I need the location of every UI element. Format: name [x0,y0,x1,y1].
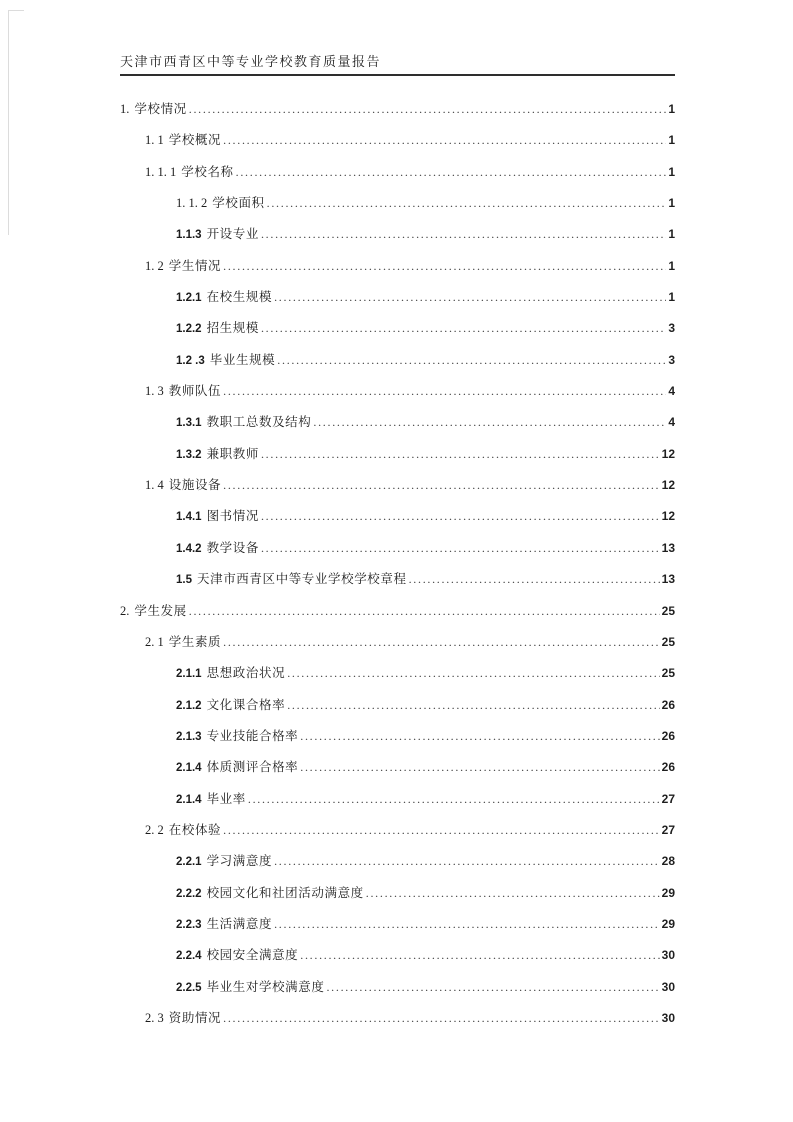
toc-entry-label: 在校生规模 [207,282,273,313]
toc-leader-dots [261,439,660,470]
toc-entry-label: 体质测评合格率 [207,752,299,783]
toc-entry[interactable]: 1.2.1 在校生规模 1 [120,282,675,313]
toc-leader-dots [326,972,659,1003]
toc-leader-dots [366,878,660,909]
toc-entry-number: 2.2.3 [176,910,202,941]
toc-entry[interactable]: 2.2.3 生活满意度 29 [120,909,675,940]
toc-leader-dots [261,219,666,250]
toc-entry[interactable]: 1.3.1 教职工总数及结构 4 [120,407,675,438]
toc-entry[interactable]: 2. 2 在校体验 27 [120,815,675,846]
toc-leader-dots [223,470,659,501]
toc-entry-number: 2.2.5 [176,973,202,1004]
toc-entry-label: 学校名称 [181,157,233,188]
toc-leader-dots [261,501,660,532]
toc-entry-number: 1. 1. 2 [176,188,207,219]
toc-entry[interactable]: 1. 4 设施设备 12 [120,470,675,501]
toc-entry-number: 2. 3 [145,1003,164,1034]
toc-entry[interactable]: 2.2.5 毕业生对学校满意度 30 [120,972,675,1003]
toc-entry[interactable]: 2.1.2 文化课合格率 26 [120,690,675,721]
toc-entry-number: 1. 1. 1 [145,157,176,188]
toc-entry-page: 1 [668,251,675,282]
toc-entry-page: 30 [662,1003,675,1034]
toc-entry-page: 26 [662,752,675,783]
toc-entry-number: 2.1.2 [176,691,202,722]
toc-entry-page: 4 [668,376,675,407]
toc-entry[interactable]: 1.2 .3 毕业生规模 3 [120,345,675,376]
toc-entry-page: 28 [662,846,675,877]
toc-leader-dots [274,282,666,313]
toc-entry-label: 学校情况 [134,94,186,125]
toc-entry[interactable]: 1.2.2 招生规模 3 [120,313,675,344]
toc-leader-dots [277,345,666,376]
toc-entry-page: 1 [668,219,675,250]
toc-entry-number: 2. 1 [145,627,164,658]
toc-entry-number: 2.2.1 [176,847,202,878]
toc-entry[interactable]: 1.1.3 开设专业 1 [120,219,675,250]
toc-entry-page: 12 [662,501,675,532]
toc-entry-label: 思想政治状况 [207,658,286,689]
toc-entry-page: 27 [662,815,675,846]
toc-entry-label: 教师队伍 [169,376,221,407]
toc-entry-number: 2.1.4 [176,753,202,784]
toc-entry-label: 毕业生对学校满意度 [207,972,325,1003]
toc-entry-label: 专业技能合格率 [207,721,299,752]
toc-entry-number: 2.2.4 [176,941,202,972]
toc-entry-number: 1. 2 [145,251,164,282]
toc-leader-dots [261,533,660,564]
toc-entry-page: 29 [662,878,675,909]
toc-entry-page: 30 [662,940,675,971]
toc-entry-page: 13 [662,564,675,595]
toc-entry[interactable]: 2.2.1 学习满意度 28 [120,846,675,877]
toc-entry-label: 学生素质 [169,627,221,658]
toc-entry[interactable]: 2. 1 学生素质 25 [120,627,675,658]
toc-entry[interactable]: 1. 2 学生情况 1 [120,251,675,282]
toc-entry[interactable]: 2.1.3 专业技能合格率 26 [120,721,675,752]
toc-entry[interactable]: 2.1.4 毕业率 27 [120,784,675,815]
toc-leader-dots [274,909,660,940]
toc-entry-number: 2. 2 [145,815,164,846]
toc-entry-label: 学生发展 [134,596,186,627]
toc-entry-page: 13 [662,533,675,564]
toc-entry-number: 1.2 .3 [176,346,205,377]
toc-entry-label: 资助情况 [169,1003,221,1034]
document-header: 天津市西青区中等专业学校教育质量报告 [120,54,675,76]
toc-leader-dots [223,125,666,156]
toc-entry[interactable]: 2.2.4 校园安全满意度 30 [120,940,675,971]
toc-leader-dots [223,627,659,658]
toc-entry-label: 学校概况 [169,125,221,156]
toc-entry-label: 生活满意度 [207,909,273,940]
toc-leader-dots [261,313,666,344]
toc-entry-page: 29 [662,909,675,940]
toc-entry-page: 26 [662,690,675,721]
toc-entry-number: 1. [120,94,129,125]
toc-entry-label: 学习满意度 [207,846,273,877]
toc-entry-number: 2. [120,596,129,627]
toc-entry-label: 教学设备 [207,533,259,564]
toc-leader-dots [248,784,660,815]
toc-leader-dots [300,940,659,971]
toc-entry-page: 1 [668,282,675,313]
toc-entry-number: 1.4.1 [176,502,202,533]
table-of-contents: 1. 学校情况 1 1. 1 学校概况 1 1. 1. 1 学校名称 1 1. … [120,94,675,1034]
toc-entry-number: 1.5 [176,565,192,596]
toc-leader-dots [287,690,659,721]
toc-entry[interactable]: 1.5 天津市西青区中等专业学校学校章程 13 [120,564,675,595]
toc-entry-label: 毕业生规模 [210,345,276,376]
toc-entry[interactable]: 1.4.1 图书情况 12 [120,501,675,532]
toc-entry[interactable]: 1.3.2 兼职教师 12 [120,439,675,470]
toc-entry[interactable]: 2.1.4 体质测评合格率 26 [120,752,675,783]
toc-leader-dots [189,94,667,125]
toc-entry-label: 文化课合格率 [207,690,286,721]
toc-entry-page: 26 [662,721,675,752]
toc-entry-page: 3 [668,313,675,344]
toc-entry-page: 1 [668,157,675,188]
toc-entry-number: 2.1.3 [176,722,202,753]
toc-entry[interactable]: 1. 3 教师队伍 4 [120,376,675,407]
toc-entry-number: 1.2.2 [176,314,202,345]
scan-artifact-line [8,10,9,235]
toc-entry[interactable]: 2.1.1 思想政治状况 25 [120,658,675,689]
toc-leader-dots [409,564,660,595]
toc-leader-dots [189,596,660,627]
toc-entry-number: 1.2.1 [176,283,202,314]
toc-entry-label: 天津市西青区中等专业学校学校章程 [197,564,407,595]
toc-entry-number: 1.1.3 [176,220,202,251]
toc-entry-number: 2.1.1 [176,659,202,690]
toc-entry-label: 设施设备 [169,470,221,501]
toc-entry-page: 30 [662,972,675,1003]
toc-entry-number: 1.3.1 [176,408,202,439]
toc-leader-dots [223,1003,659,1034]
toc-leader-dots [267,188,667,219]
toc-entry-page: 25 [662,658,675,689]
toc-entry-label: 教职工总数及结构 [207,407,312,438]
toc-entry-number: 1.3.2 [176,440,202,471]
toc-entry-label: 兼职教师 [207,439,259,470]
toc-entry-number: 2.2.2 [176,879,202,910]
toc-leader-dots [223,815,659,846]
toc-entry[interactable]: 1. 1. 2 学校面积 1 [120,188,675,219]
toc-entry-page: 27 [662,784,675,815]
toc-entry[interactable]: 1. 1 学校概况 1 [120,125,675,156]
toc-entry-number: 1. 1 [145,125,164,156]
toc-leader-dots [223,251,666,282]
toc-entry-page: 1 [668,188,675,219]
toc-entry-label: 校园文化和社团活动满意度 [207,878,364,909]
toc-entry[interactable]: 1. 1. 1 学校名称 1 [120,157,675,188]
toc-entry-label: 招生规模 [207,313,259,344]
toc-leader-dots [313,407,666,438]
toc-entry-number: 2.1.4 [176,785,202,816]
toc-leader-dots [287,658,659,689]
toc-entry-label: 图书情况 [207,501,259,532]
toc-leader-dots [274,846,660,877]
toc-entry-label: 学生情况 [169,251,221,282]
toc-entry[interactable]: 2.2.2 校园文化和社团活动满意度 29 [120,878,675,909]
toc-leader-dots [223,376,666,407]
toc-entry[interactable]: 2. 3 资助情况 30 [120,1003,675,1034]
toc-entry-number: 1. 4 [145,470,164,501]
toc-entry-label: 毕业率 [207,784,246,815]
toc-entry-number: 1. 3 [145,376,164,407]
toc-leader-dots [300,721,659,752]
toc-entry-page: 25 [662,596,675,627]
toc-entry-label: 校园安全满意度 [207,940,299,971]
toc-entry-page: 1 [668,125,675,156]
toc-entry[interactable]: 1.4.2 教学设备 13 [120,533,675,564]
toc-entry-label: 学校面积 [212,188,264,219]
document-header-title: 天津市西青区中等专业学校教育质量报告 [120,54,675,70]
toc-leader-dots [300,752,659,783]
document-page: 天津市西青区中等专业学校教育质量报告 1. 学校情况 1 1. 1 学校概况 1… [0,0,793,1122]
toc-leader-dots [236,157,667,188]
toc-entry-page: 3 [668,345,675,376]
toc-entry-page: 4 [668,407,675,438]
toc-entry-label: 开设专业 [207,219,259,250]
toc-entry-number: 1.4.2 [176,534,202,565]
toc-entry-page: 12 [662,470,675,501]
toc-entry[interactable]: 1. 学校情况 1 [120,94,675,125]
toc-entry-page: 12 [662,439,675,470]
toc-entry-label: 在校体验 [169,815,221,846]
toc-entry-page: 25 [662,627,675,658]
toc-entry[interactable]: 2. 学生发展 25 [120,596,675,627]
toc-entry-page: 1 [668,94,675,125]
scan-artifact-line [8,10,24,11]
